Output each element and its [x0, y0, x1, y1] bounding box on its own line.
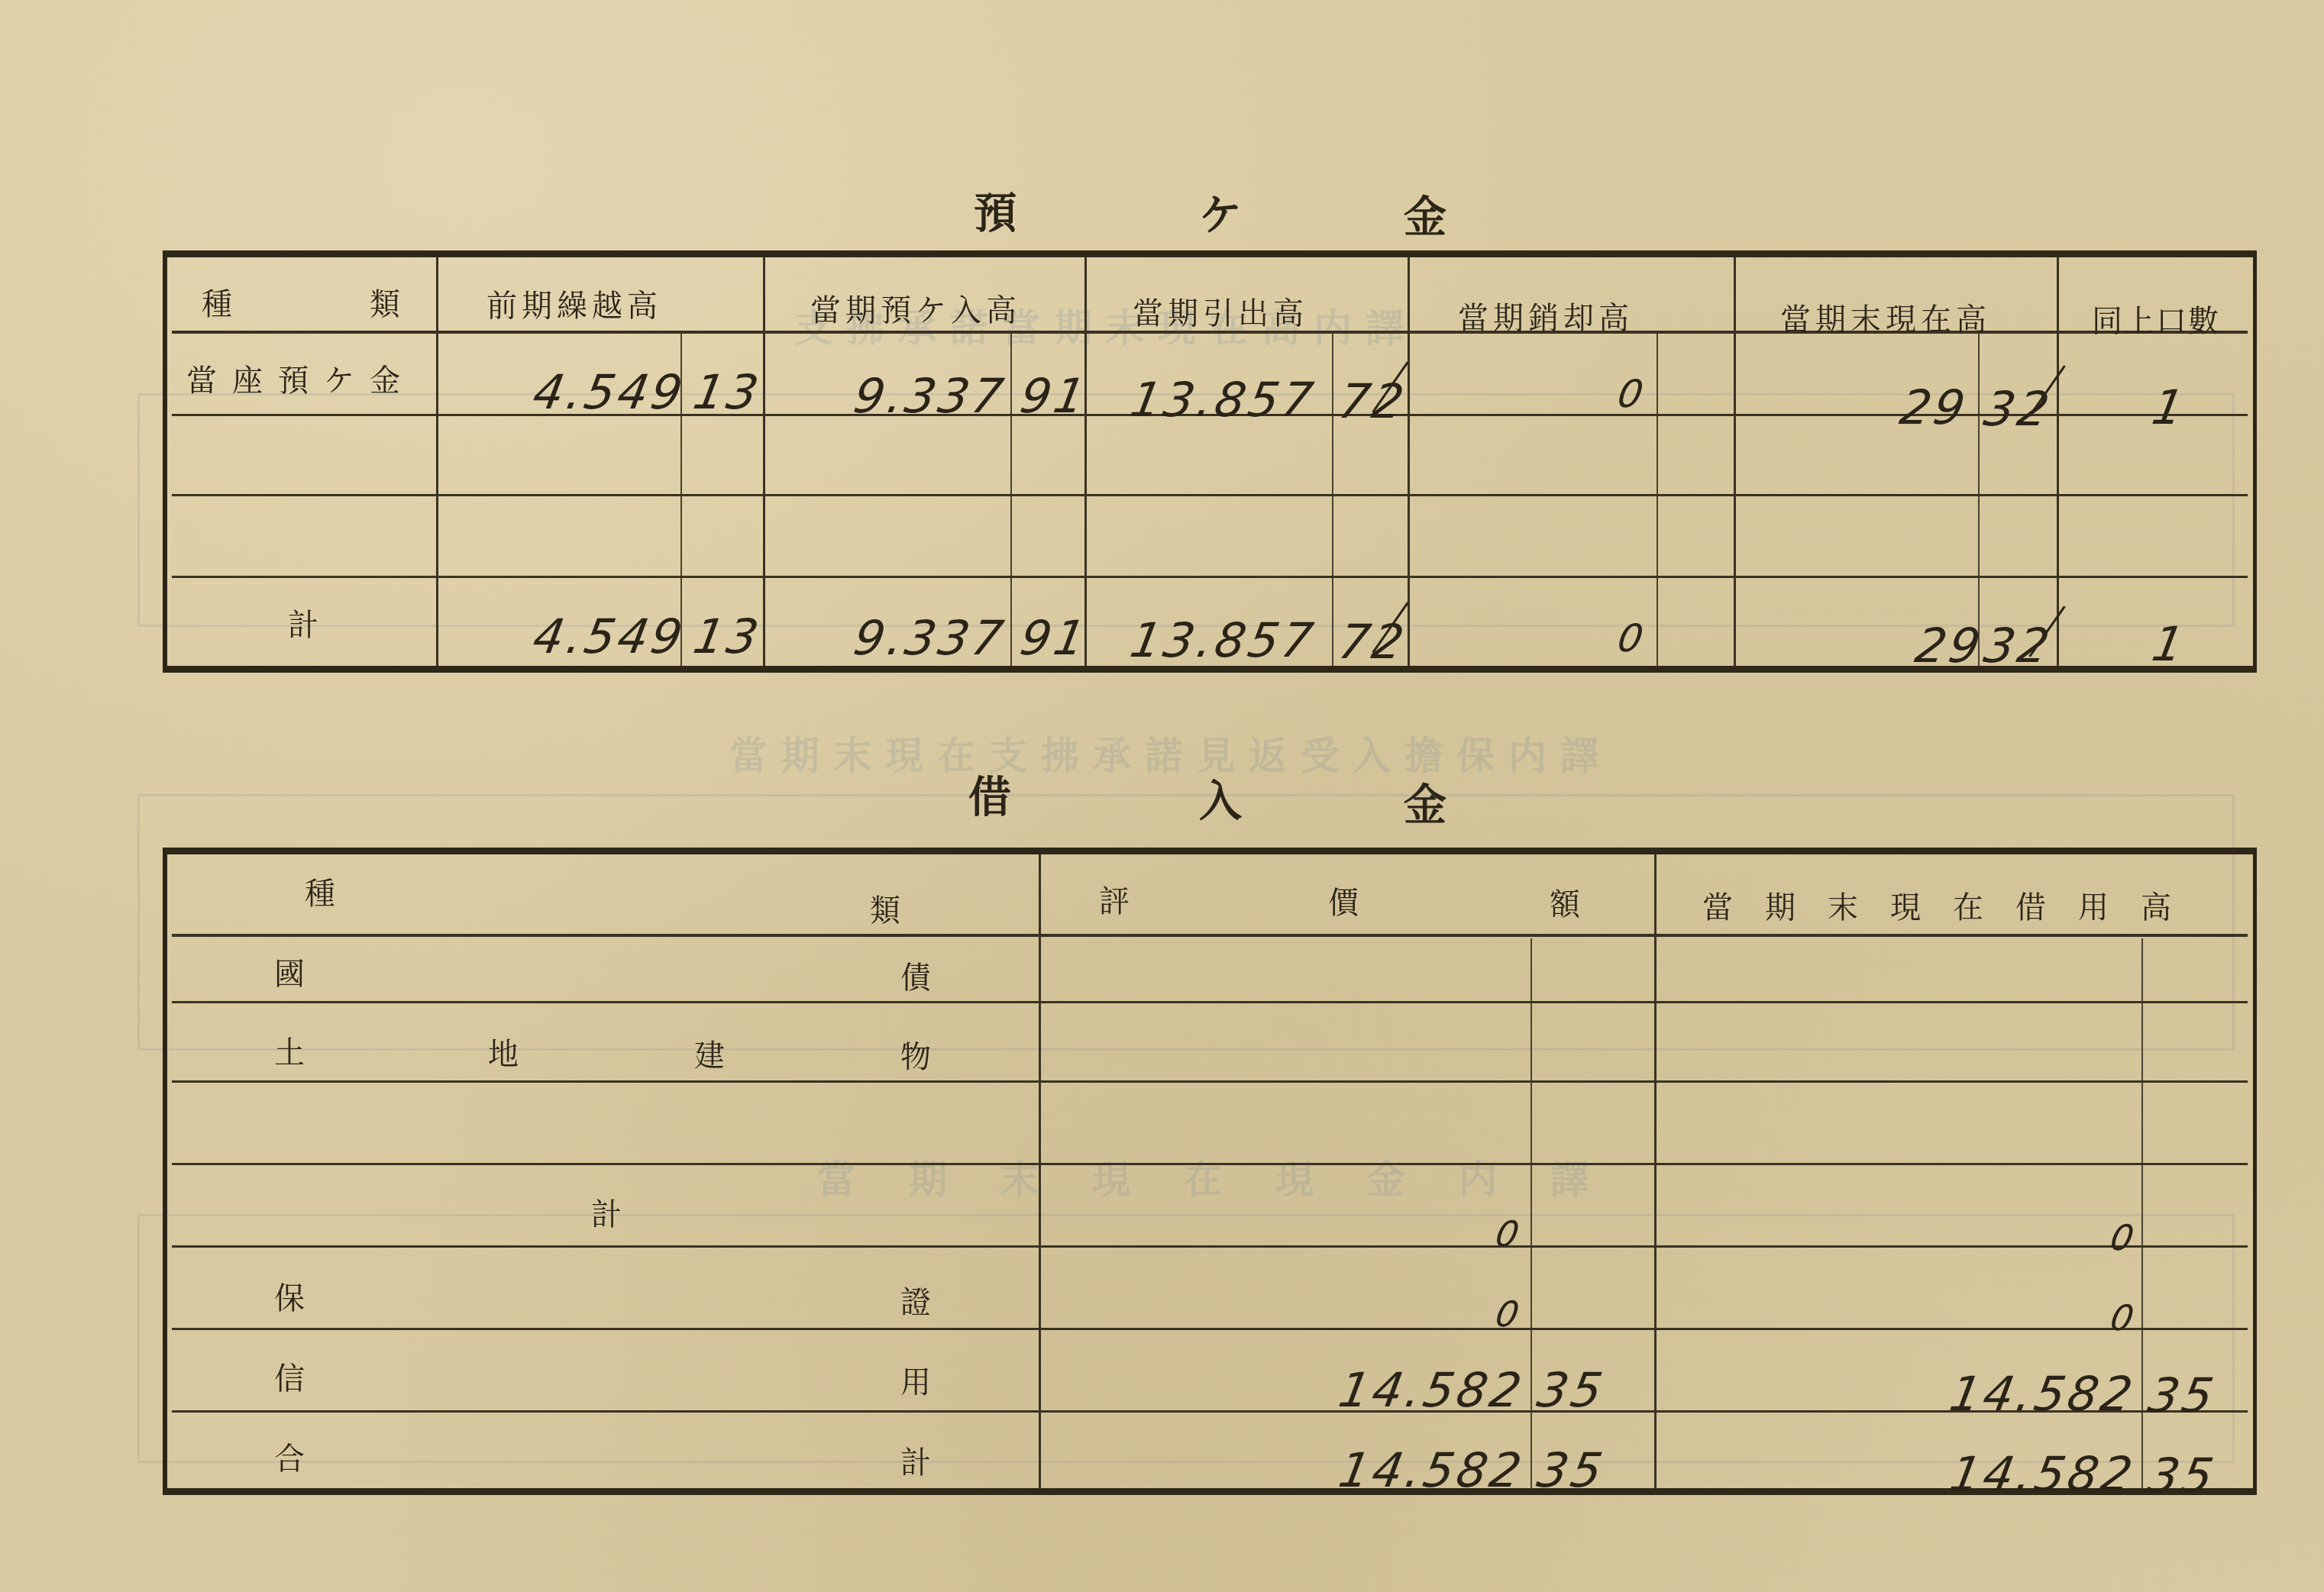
borrowings-title-char-2: 入 [1199, 767, 1242, 828]
deposits-title-char-1: 預 [974, 179, 1017, 241]
borrowings-subtotal-label: 計 [591, 1190, 622, 1234]
deposits-total-current-writeoff-yen: 0 [1615, 616, 1650, 660]
deposits-header-current-deposit: 當期預ケ入高 [810, 286, 1021, 330]
deposits-row-current-deposit-sen: 91 [1017, 368, 1093, 424]
deposits-header-type-right: 類 [370, 280, 405, 324]
deposits-sen-divider [1010, 334, 1012, 666]
deposits-total-label: 計 [288, 601, 318, 644]
deposits-title-char-2: ケ [1199, 182, 1242, 243]
deposits-row-period-end-balance-yen: 29 [1896, 379, 1973, 435]
borrowings-subtotal-balance-yen: 0 [2107, 1217, 2140, 1258]
deposits-total-current-withdrawal-sen: 72 [1335, 614, 1411, 670]
borrowings-col-divider [1654, 854, 1657, 1488]
borrowings-col-divider [1039, 854, 1041, 1488]
deposits-total-prev-carryover-yen: 4.549 [529, 609, 690, 664]
borrowings-sen-divider [2141, 938, 2143, 1488]
deposits-row-current-writeoff-yen: 0 [1615, 372, 1650, 416]
deposits-total-current-deposit-sen: 91 [1017, 610, 1093, 666]
borrowings-row-label: 證 [900, 1278, 931, 1322]
deposits-header-current-writeoff: 當期銷却高 [1458, 294, 1634, 337]
deposits-row-current-withdrawal-sen: 72 [1335, 373, 1411, 429]
borrowings-header-balance: 當期末現在借用高 [1702, 883, 2203, 927]
deposits-sen-divider [1978, 334, 1980, 666]
bleed-through-heading-mid: 當期末現在支拂承諾見返受入擔保内譯 [729, 725, 1612, 780]
deposits-total-current-deposit-yen: 9.337 [850, 610, 1010, 666]
borrowings-row-label: 國 [274, 950, 305, 993]
borrowings-row-rule [172, 1245, 2248, 1248]
borrowings-row-label: 用 [900, 1358, 931, 1402]
deposits-total-account-count: 1 [2148, 616, 2191, 672]
borrowings-header-appraisal-1: 評 [1099, 877, 1134, 921]
borrowings-row-rule [172, 1328, 2248, 1330]
borrowings-row-label: 保 [274, 1274, 305, 1318]
deposits-header-prev-carryover: 前期繰越高 [486, 282, 662, 325]
deposits-total-prev-carryover-sen: 13 [690, 609, 766, 664]
borrowings-row-rule [172, 1080, 2248, 1083]
borrowings-row-rule [172, 1410, 2248, 1413]
borrowings-table: 種 類 評 價 額 當期末現在借用高 國 債 土 地 建 物 計 0 0 保 證… [163, 848, 2257, 1495]
borrowings-credit-appraisal-yen: 14.582 [1335, 1362, 1529, 1418]
borrowings-row-label: 物 [900, 1033, 931, 1077]
borrowings-title-char-3: 金 [1404, 771, 1446, 832]
deposits-col-divider [2057, 257, 2059, 666]
deposits-col-divider [1084, 257, 1087, 666]
borrowings-credit-balance-yen: 14.582 [1946, 1366, 2140, 1422]
borrowings-subtotal-appraisal-yen: 0 [1492, 1213, 1525, 1255]
borrowings-header-rule [172, 934, 2248, 937]
borrowings-header-type-right: 類 [870, 886, 905, 930]
borrowings-row-label: 地 [488, 1030, 519, 1074]
deposits-table: 種 類 前期繰越高 當期預ケ入高 當期引出高 當期銷却高 當期末現在高 同上口數… [163, 250, 2257, 673]
deposits-row-period-end-balance-sen: 32 [1980, 381, 2057, 437]
borrowings-header-appraisal-2: 價 [1328, 879, 1363, 922]
deposits-sen-divider [1332, 334, 1333, 666]
deposits-row-rule [172, 494, 2248, 496]
deposits-total-current-withdrawal-yen: 13.857 [1126, 612, 1320, 668]
deposits-header-period-end-balance: 當期末現在高 [1780, 295, 1991, 339]
deposits-row-account-count: 1 [2148, 379, 2191, 435]
borrowings-guarantee-balance-yen: 0 [2107, 1297, 2140, 1339]
borrowings-row-label: 信 [274, 1355, 305, 1398]
borrowings-total-label: 計 [900, 1439, 931, 1482]
borrowings-total-label: 合 [274, 1435, 305, 1478]
deposits-header-type-left: 種 [202, 280, 237, 324]
borrowings-credit-balance-sen: 35 [2145, 1368, 2221, 1423]
borrowings-credit-appraisal-sen: 35 [1534, 1362, 1610, 1418]
deposits-sen-divider [1657, 334, 1658, 666]
borrowings-total-balance-yen: 14.582 [1946, 1446, 2140, 1502]
deposits-row-prev-carryover-sen: 13 [690, 364, 766, 420]
borrowings-total-appraisal-yen: 14.582 [1335, 1442, 1529, 1498]
deposits-total-period-end-balance-yen: 29 [1912, 618, 1988, 673]
deposits-row-current-deposit-yen: 9.337 [850, 368, 1010, 424]
borrowings-row-rule [172, 1001, 2248, 1003]
deposits-col-divider [436, 257, 438, 666]
borrowings-title-char-1: 借 [968, 764, 1011, 825]
deposits-row-prev-carryover-yen: 4.549 [529, 364, 690, 420]
deposits-row-rule [172, 576, 2248, 578]
deposits-header-account-count: 同上口數 [2092, 297, 2220, 341]
borrowings-row-label: 建 [694, 1032, 725, 1075]
deposits-title-char-3: 金 [1404, 183, 1446, 244]
borrowings-header-appraisal-3: 額 [1550, 880, 1585, 924]
deposits-total-period-end-balance-sen: 32 [1980, 618, 2057, 673]
borrowings-row-label: 土 [274, 1029, 305, 1072]
borrowings-sen-divider [1530, 938, 1532, 1488]
deposits-col-divider [763, 257, 765, 666]
borrowings-total-balance-sen: 35 [2145, 1448, 2221, 1503]
borrowings-total-appraisal-sen: 35 [1534, 1442, 1610, 1498]
borrowings-row-label: 債 [900, 954, 931, 997]
borrowings-row-rule [172, 1163, 2248, 1165]
deposits-row-current-withdrawal-yen: 13.857 [1126, 372, 1320, 428]
deposits-row-type: 當座預ケ金 [186, 357, 415, 400]
deposits-header-current-withdrawal: 當期引出高 [1133, 289, 1308, 333]
deposits-col-divider [1734, 257, 1736, 666]
borrowings-header-type-left: 種 [305, 870, 340, 913]
